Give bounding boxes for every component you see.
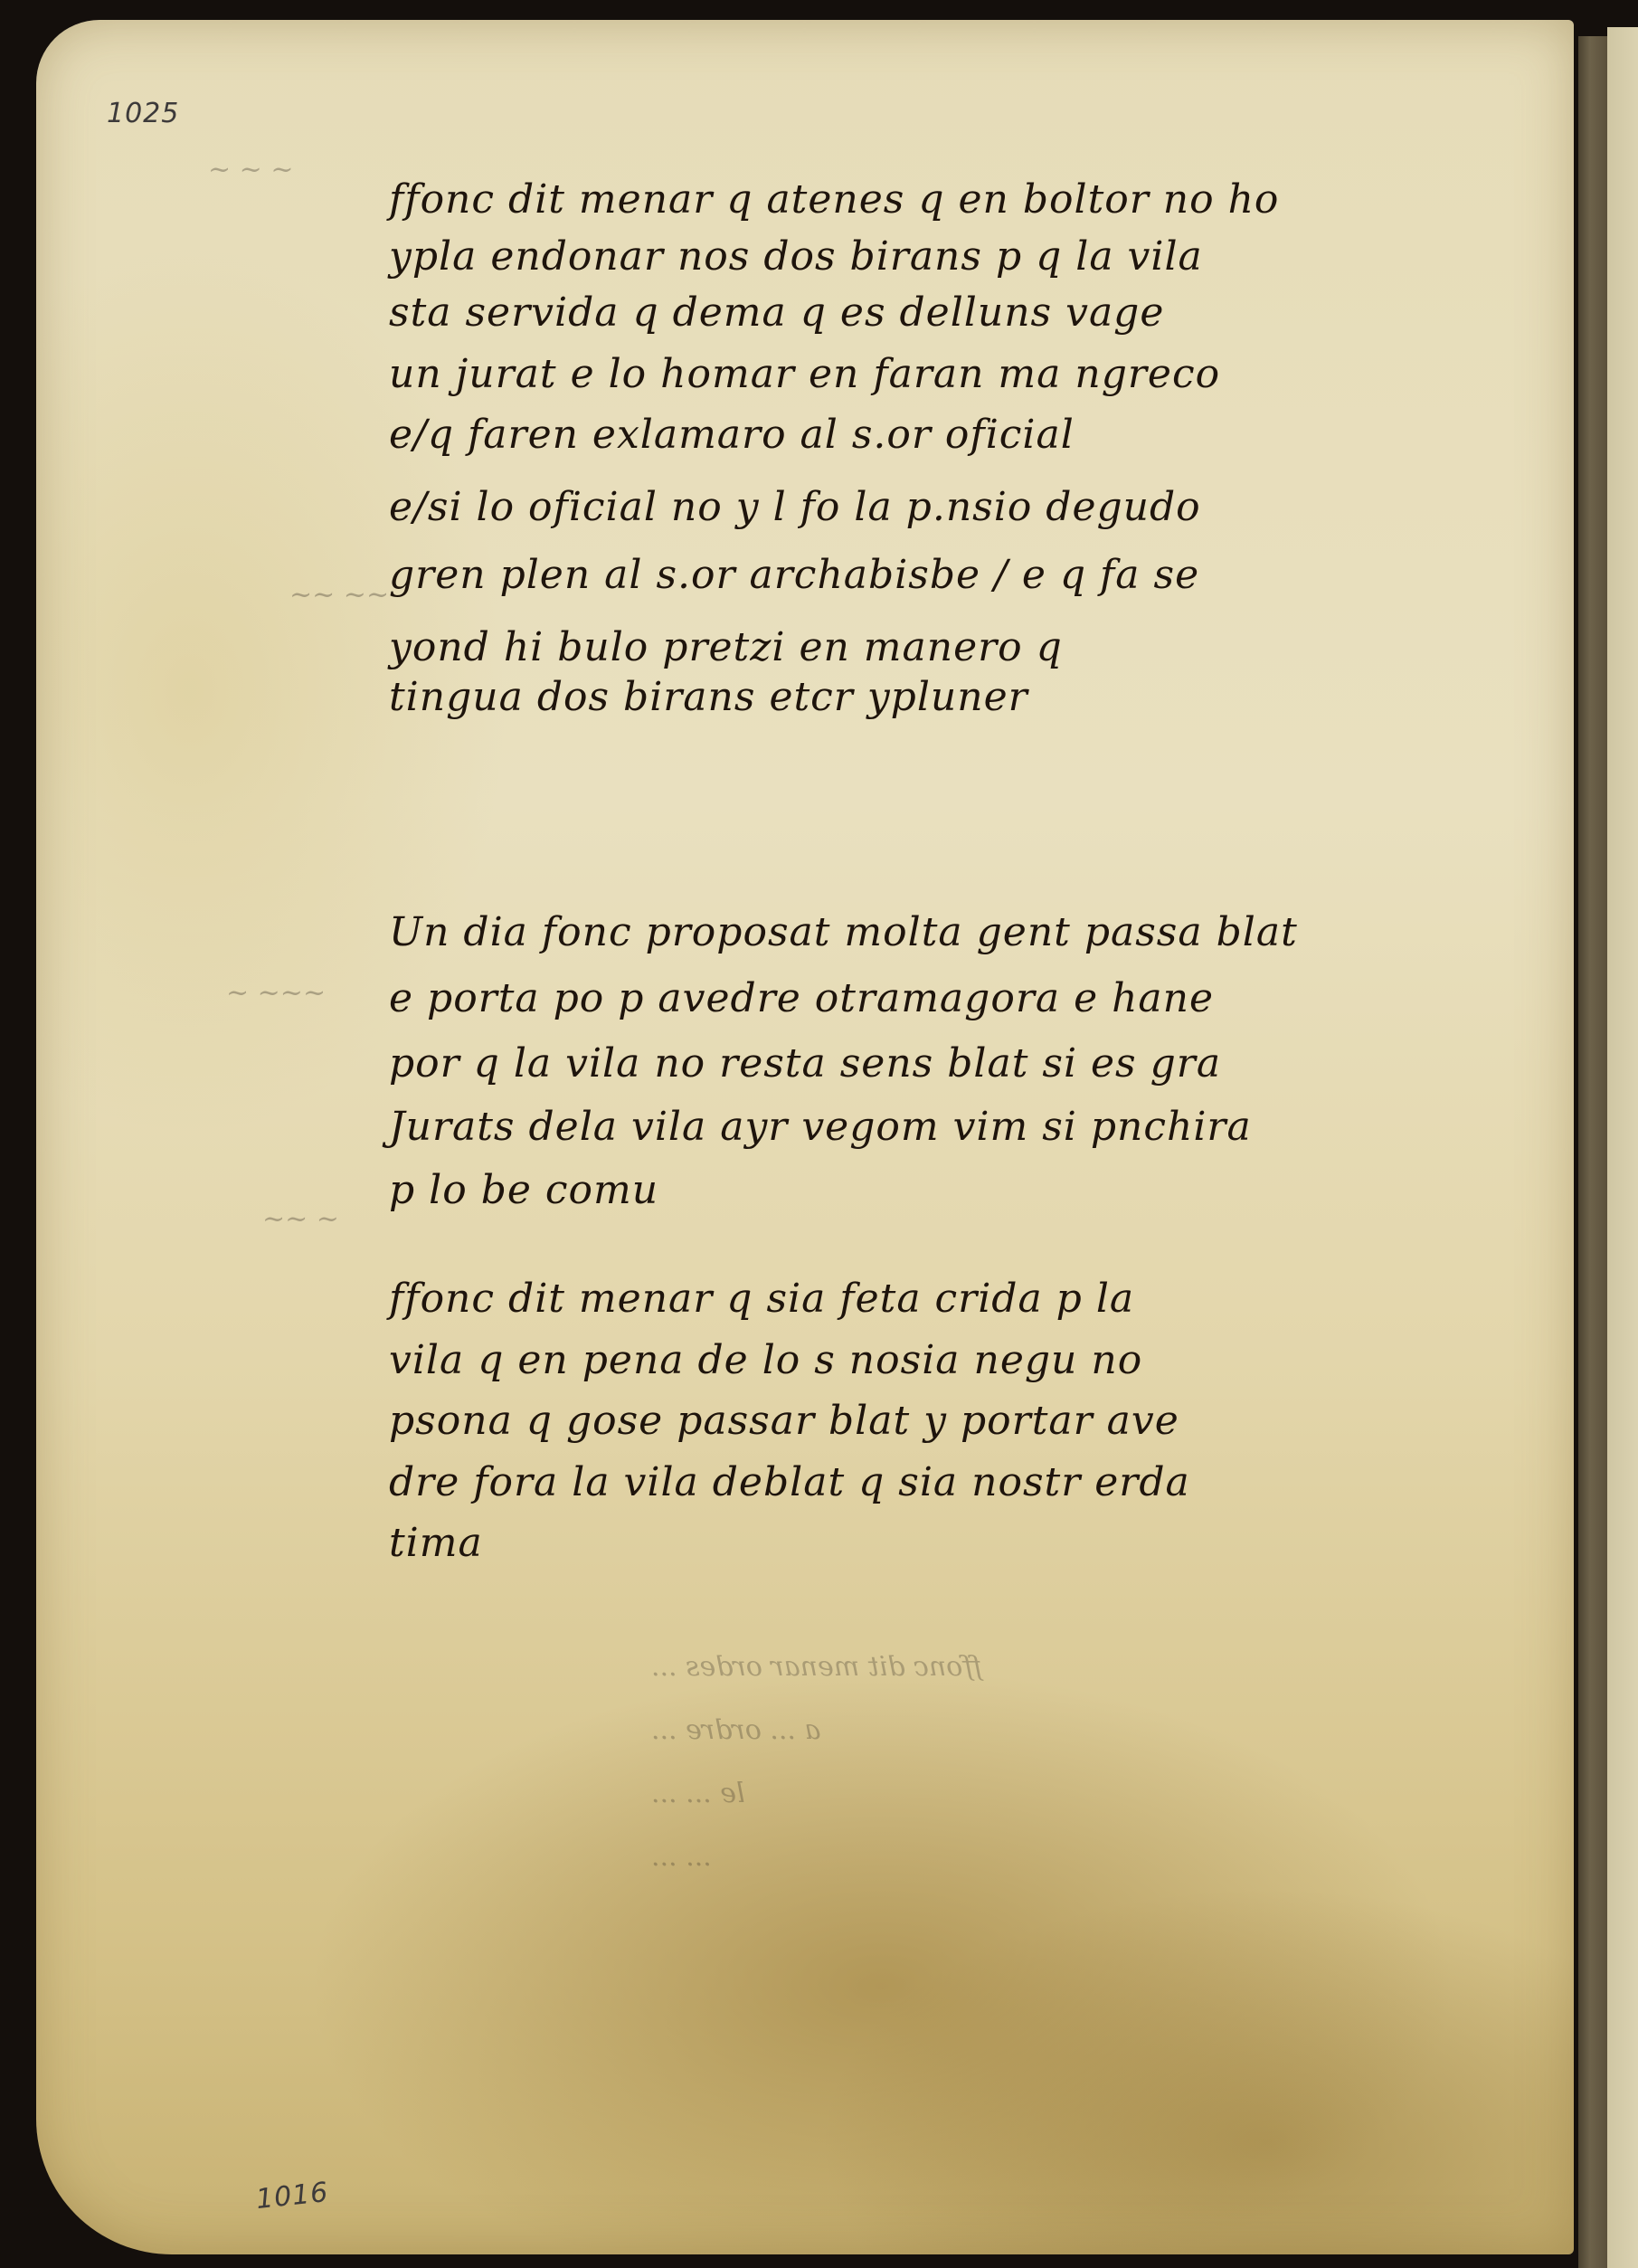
bleed-line: le ... ... <box>651 1778 745 1809</box>
text-line: ffonc dit menar q atenes q en boltor no … <box>389 176 1279 223</box>
margin-bleed-mark: ~ ~~~ <box>226 977 326 1009</box>
text-line: un jurat e lo homar en faran ma ngreco <box>389 351 1220 397</box>
text-line: e porta po p avedre otramagora e hane <box>389 975 1214 1021</box>
bleed-line: ... ... <box>651 1841 712 1873</box>
text-line: psona q gose passar blat y portar ave <box>389 1398 1179 1444</box>
adjacent-page-edge <box>1607 27 1638 2268</box>
binding-gutter <box>1578 36 1607 2268</box>
margin-bleed-mark: ~~ ~ <box>262 1203 339 1235</box>
text-line: ffonc dit menar q sia feta crida p la <box>389 1276 1134 1322</box>
text-line: Un dia fonc proposat molta gent passa bl… <box>389 909 1298 955</box>
text-line: por q la vila no resta sens blat si es g… <box>389 1040 1221 1087</box>
text-line: p lo be comu <box>389 1167 658 1213</box>
text-line: e/q faren exlamaro al s.or oficial <box>389 412 1075 458</box>
text-line: sta servida q dema q es delluns vage <box>389 289 1164 336</box>
text-line: gren plen al s.or archabisbe / e q fa se <box>389 552 1199 598</box>
margin-bleed-mark: ~~ ~~ <box>289 579 389 611</box>
text-line: tima <box>389 1520 483 1566</box>
text-line: ypla endonar nos dos birans p q la vila <box>389 233 1203 280</box>
text-line: Jurats dela vila ayr vegom vim si pnchir… <box>389 1104 1252 1150</box>
text-line: e/si lo oficial no y l fo la p.nsio degu… <box>389 484 1201 530</box>
bleed-line: ffonc dit menar ordes ... <box>651 1651 982 1683</box>
text-line: tingua dos birans etcr ypluner <box>389 674 1028 720</box>
bleed-line: a ... ordre ... <box>651 1714 820 1746</box>
text-line: yond hi bulo pretzi en manero q <box>389 624 1063 670</box>
text-line: vila q en pena de lo s nosia negu no <box>389 1337 1142 1383</box>
text-line: dre fora la vila deblat q sia nostr erda <box>389 1459 1190 1505</box>
margin-bleed-mark: ~ ~ ~ <box>208 154 293 185</box>
folio-number-top: 1025 <box>107 98 179 129</box>
